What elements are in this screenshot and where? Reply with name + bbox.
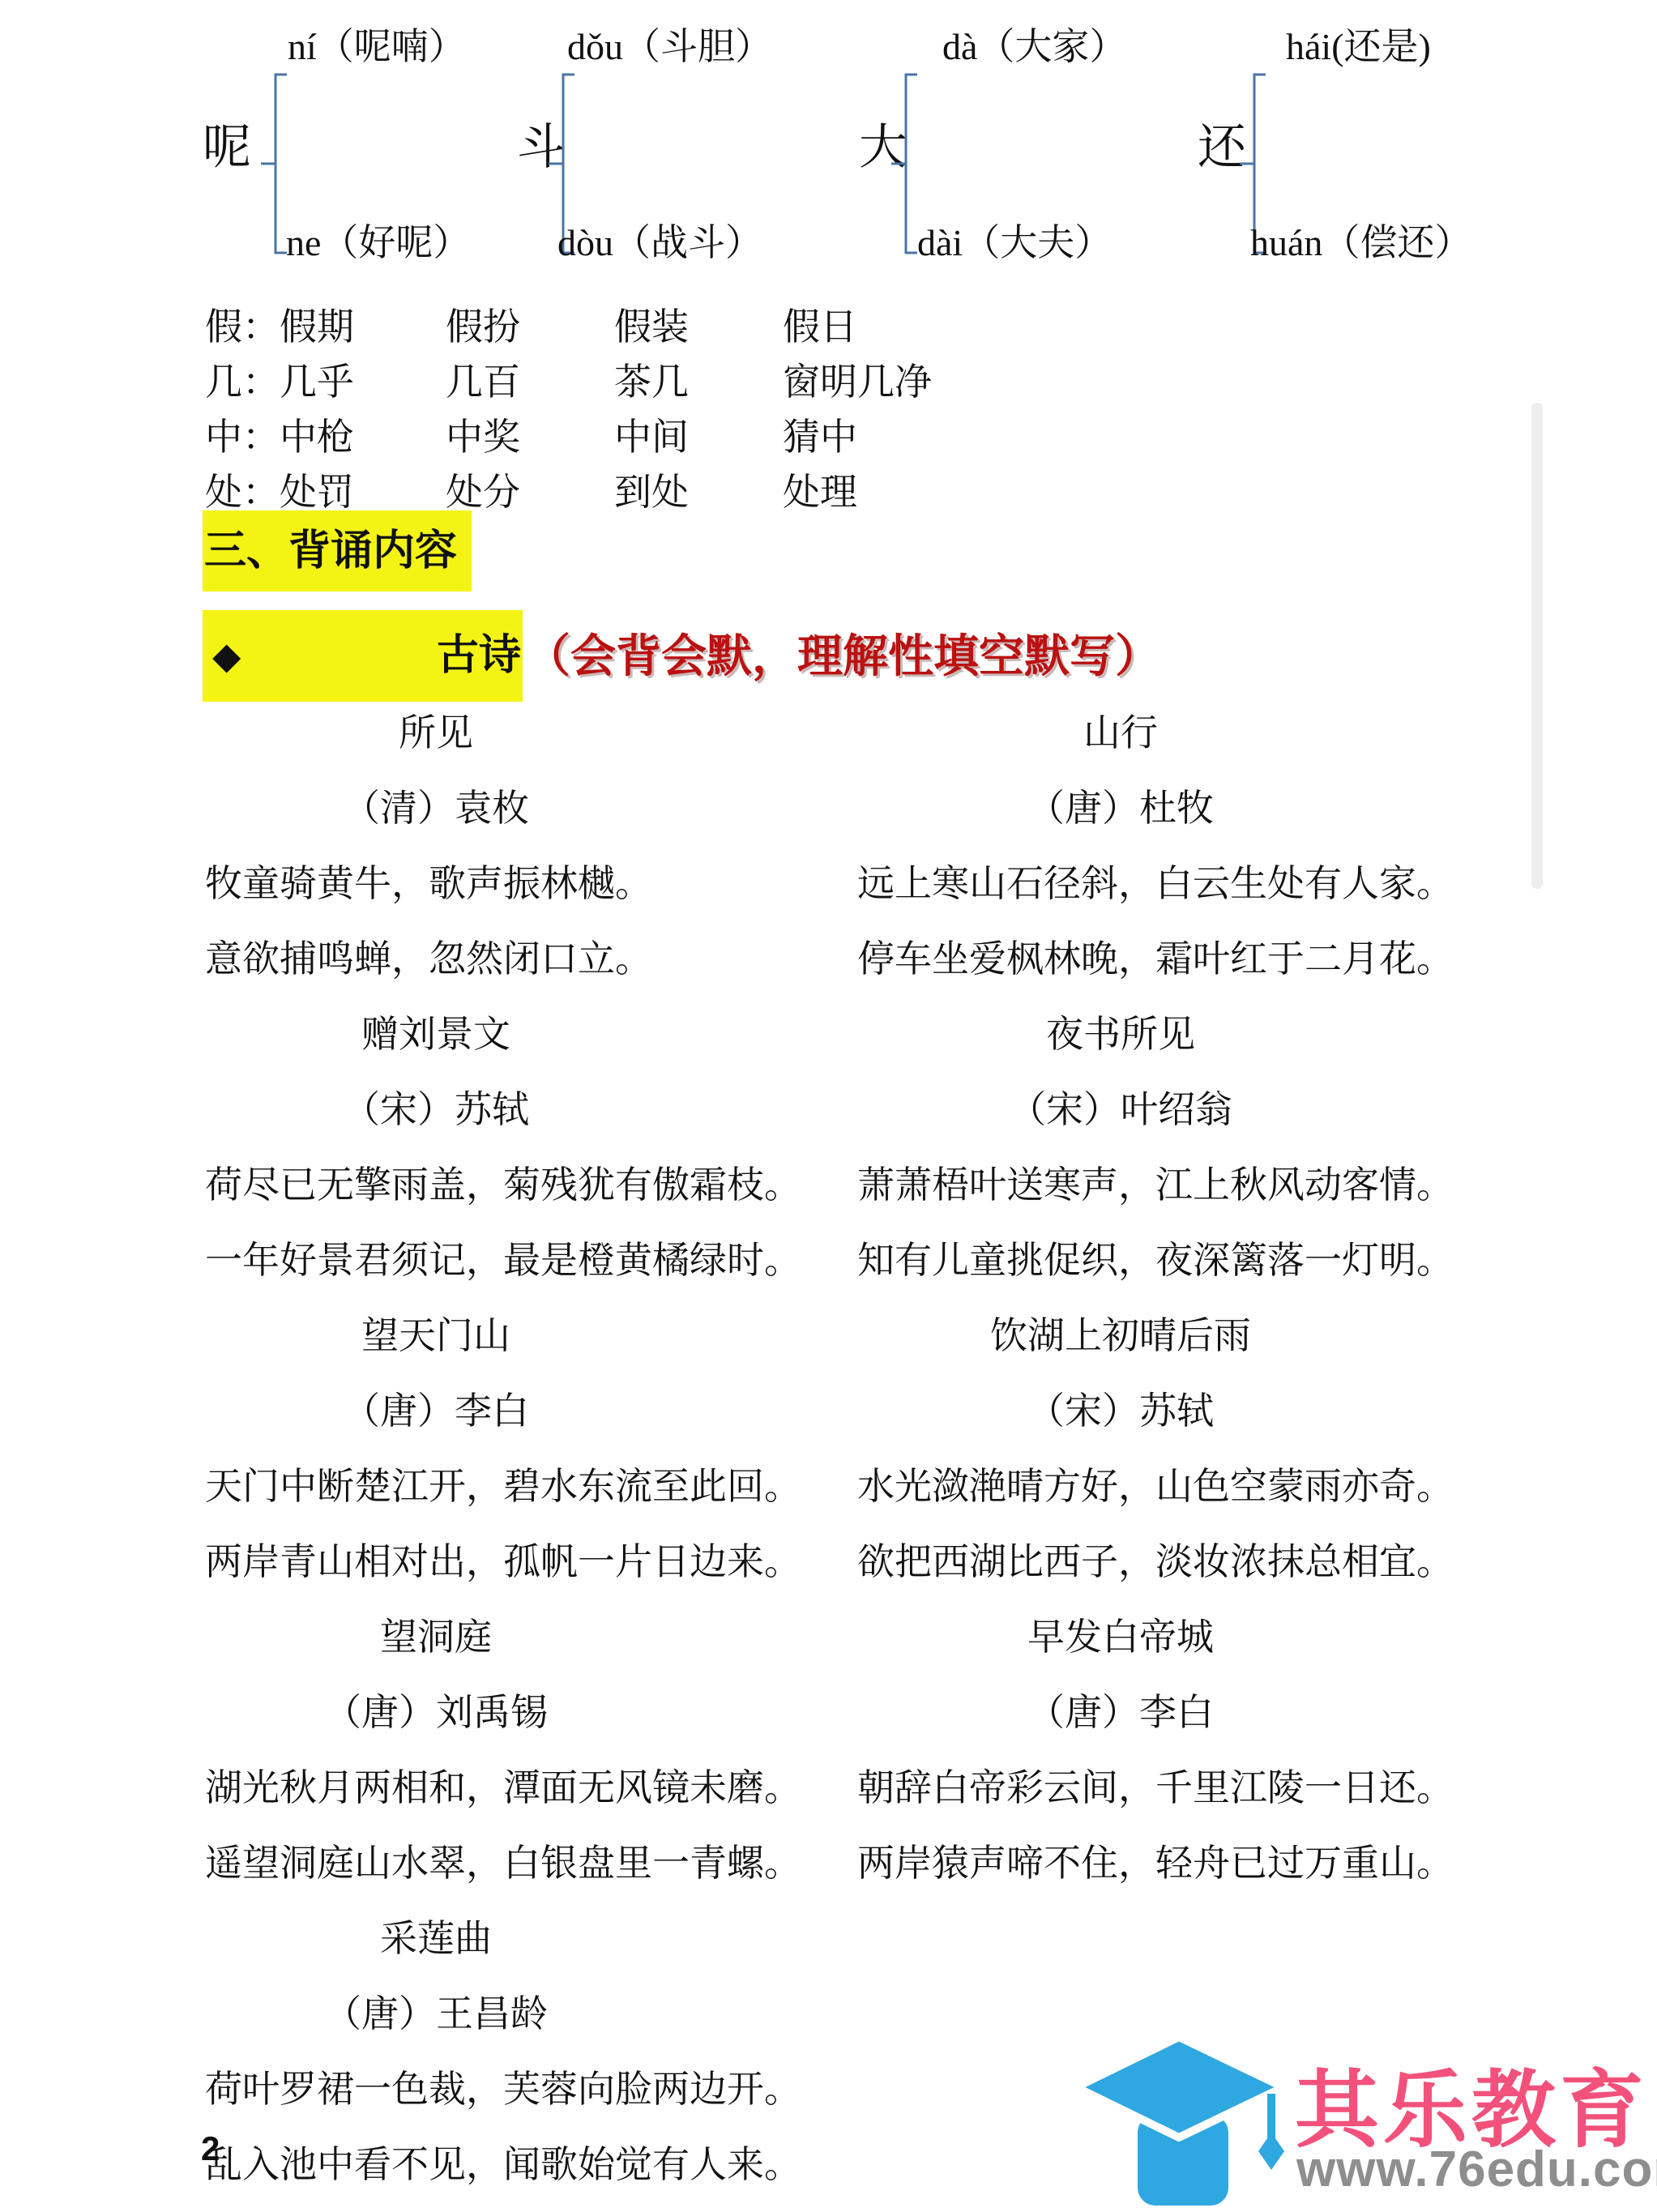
pinyin-entry: dà（大家）	[942, 24, 1126, 70]
poem-line: 停车坐爱枫林晚，霜叶红于二月花。	[857, 921, 1554, 997]
pinyin-entry: ne（好呢）	[286, 220, 470, 266]
word-item: 窗明几净	[783, 357, 932, 408]
word-item: 假期	[280, 301, 354, 353]
pinyin-entry: ní（呢喃）	[288, 24, 466, 70]
word-group-list: 假： 假期 假扮 假装 假日 几： 几乎 几百 茶几 窗明几净 中： 中枪 中奖…	[205, 301, 1177, 522]
poem-title: 山行	[857, 695, 1384, 771]
poem-line: 欲把西湖比西子，淡妆浓抹总相宜。	[857, 1524, 1554, 1599]
pinyin-entry: hái(还是)	[1286, 24, 1431, 70]
word-group-label: 中：	[205, 412, 280, 463]
poem-title: 赠刘景文	[205, 997, 667, 1072]
poem-title: 采莲曲	[205, 1901, 667, 1976]
word-item: 假日	[783, 301, 857, 353]
logo-url-text: www.76edu.com	[1296, 2141, 1657, 2198]
poem-line: 荷叶罗裙一色裁，芙蓉向脸两边开。	[205, 2052, 861, 2127]
word-item: 假扮	[446, 301, 520, 353]
word-item: 假装	[614, 301, 689, 353]
subsection-title: 古诗	[437, 610, 521, 702]
word-group-label: 假：	[205, 301, 280, 353]
poem-author: （唐）杜牧	[857, 771, 1384, 846]
poem-author: （宋）叶绍翁	[857, 1072, 1384, 1147]
word-item: 中奖	[446, 412, 520, 463]
poem-column-right: 山行 （唐）杜牧 远上寒山石径斜，白云生处有人家。 停车坐爱枫林晚，霜叶红于二月…	[857, 695, 1554, 1901]
word-item: 到处	[614, 467, 689, 519]
pinyin-entry: huán（偿还）	[1250, 220, 1471, 266]
poem-line: 遥望洞庭山水翠，白银盘里一青螺。	[205, 1826, 861, 1901]
pinyin-entry: dǒu（斗胆）	[567, 24, 772, 70]
poem-line: 远上寒山石径斜，白云生处有人家。	[857, 846, 1554, 921]
poem-author: （唐）李白	[857, 1675, 1384, 1750]
poem-line: 意欲捕鸣蝉，忽然闭口立。	[205, 921, 861, 997]
poem-author: （唐）李白	[205, 1373, 667, 1449]
poem-author: （唐）王昌龄	[205, 1976, 667, 2052]
polyphonic-section: 呢 ní（呢喃） ne（好呢） 斗 dǒu（斗胆） dòu（战斗） 大 dà（大…	[0, 0, 1657, 296]
page-number: 2	[201, 2129, 220, 2168]
poem-line: 荷尽已无擎雨盖，菊残犹有傲霜枝。	[205, 1147, 861, 1223]
word-item: 几乎	[280, 357, 354, 408]
poem-line: 知有儿童挑促织，夜深篱落一灯明。	[857, 1223, 1554, 1298]
poem-line: 湖光秋月两相和，潭面无风镜未磨。	[205, 1750, 861, 1826]
word-item: 茶几	[614, 357, 689, 408]
poem-line: 萧萧梧叶送寒声，江上秋风动客情。	[857, 1147, 1554, 1223]
poem-author: （清）袁枚	[205, 771, 667, 846]
poem-author: （宋）苏轼	[857, 1373, 1384, 1449]
subsection-note: （会背会默，理解性填空默写）	[525, 610, 1160, 702]
diamond-bullet-icon: ◆	[212, 610, 241, 702]
polyphonic-char: 呢	[203, 123, 251, 172]
graduation-cap-icon	[1071, 2035, 1294, 2212]
poem-line: 水光潋滟晴方好，山色空蒙雨亦奇。	[857, 1449, 1554, 1524]
poem-line: 一年好景君须记，最是橙黄橘绿时。	[205, 1223, 861, 1298]
poem-title: 夜书所见	[857, 997, 1384, 1072]
poem-author: （唐）刘禹锡	[205, 1675, 667, 1750]
poem-line: 两岸猿声啼不住，轻舟已过万重山。	[857, 1826, 1554, 1901]
section-heading-highlight: 三、背诵内容	[203, 510, 472, 591]
poem-line: 乱入池中看不见，闻歌始觉有人来。	[205, 2127, 861, 2202]
word-group-label: 几：	[205, 357, 280, 408]
word-group-row: 几： 几乎 几百 茶几 窗明几净	[205, 357, 1177, 412]
poem-title: 望洞庭	[205, 1599, 667, 1675]
poem-title: 饮湖上初晴后雨	[857, 1298, 1384, 1373]
poem-line: 两岸青山相对出，孤帆一片日边来。	[205, 1524, 861, 1599]
poem-title: 望天门山	[205, 1298, 667, 1373]
poem-line: 天门中断楚江开，碧水东流至此回。	[205, 1449, 861, 1524]
subsection-heading-highlight: ◆ 古诗	[203, 610, 523, 702]
pinyin-entry: dài（大夫）	[917, 220, 1112, 266]
scrollbar-thumb[interactable]	[1531, 403, 1543, 889]
pinyin-entry: dòu（战斗）	[557, 220, 762, 266]
poem-line: 朝辞白帝彩云间，千里江陵一日还。	[857, 1750, 1554, 1826]
poem-author: （宋）苏轼	[205, 1072, 667, 1147]
poem-title: 早发白帝城	[857, 1599, 1384, 1675]
word-item: 中间	[614, 412, 689, 463]
word-group-row: 中： 中枪 中奖 中间 猜中	[205, 412, 1177, 467]
poem-column-left: 所见 （清）袁枚 牧童骑黄牛，歌声振林樾。 意欲捕鸣蝉，忽然闭口立。 赠刘景文 …	[205, 695, 861, 2202]
word-item: 中枪	[280, 412, 354, 463]
word-item: 几百	[446, 357, 520, 408]
poem-line: 牧童骑黄牛，歌声振林樾。	[205, 846, 861, 921]
word-group-row: 假： 假期 假扮 假装 假日	[205, 301, 1177, 357]
word-item: 处理	[783, 467, 857, 519]
word-item: 猜中	[783, 412, 857, 463]
poem-title: 所见	[205, 695, 667, 771]
section-heading: 三、背诵内容	[203, 510, 472, 591]
